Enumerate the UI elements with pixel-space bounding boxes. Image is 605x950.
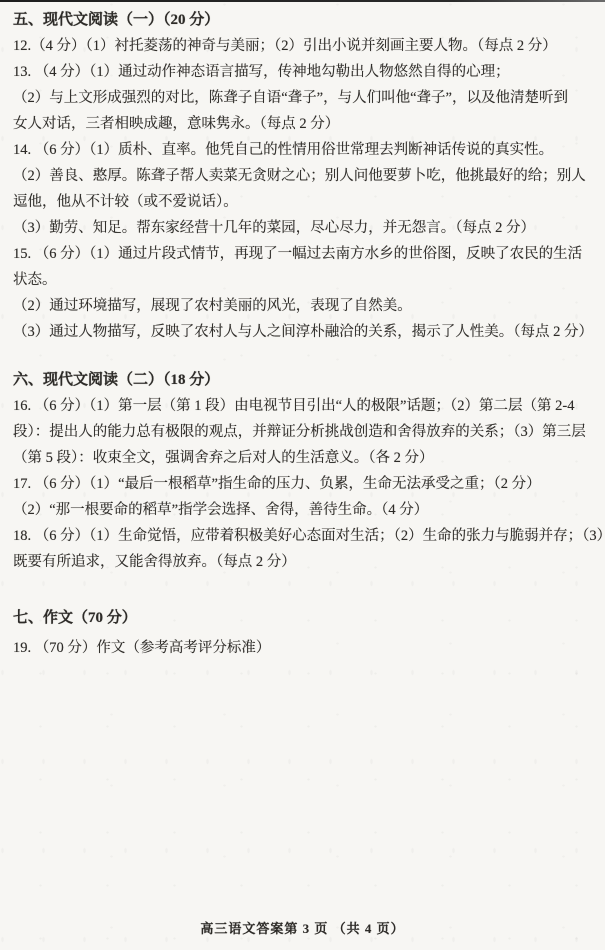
line-q12: 12.（4 分）（1）衬托菱荡的神奇与美丽；（2）引出小说并刻画主要人物。（每点… [13,33,595,59]
section-5-heading: 五、现代文阅读（一）（20 分） [13,7,595,33]
page-footer: 高三语文答案第 3 页 （共 4 页） [0,916,605,942]
line-q15-4: （3）通过人物描写，反映了农村人与人之间淳朴融洽的关系，揭示了人性美。（每点 2… [13,319,595,345]
line-q18-1: 18. （6 分）（1）生命觉悟，应带着积极美好心态面对生活；（2）生命的张力与… [13,523,595,549]
line-q15-2: 状态。 [13,267,595,293]
line-q16-3: （第 5 段）：收束全文，强调舍弃之后对人的生活意义。（各 2 分） [13,445,595,471]
line-q17-2: （2）“那一根要命的稻草”指学会选择、舍得，善待生命。（4 分） [13,497,595,523]
line-q14-4: （3）勤劳、知足。帮东家经营十几年的菜园，尽心尽力，并无怨言。（每点 2 分） [13,215,595,241]
line-q14-1: 14. （6 分）（1）质朴、直率。他凭自己的性情用俗世常理去判断神话传说的真实… [13,137,595,163]
section-6-heading: 六、现代文阅读（二）（18 分） [13,367,595,393]
section-modern-reading-2: 六、现代文阅读（二）（18 分） 16. （6 分）（1）第一层（第 1 段）由… [13,367,595,575]
line-q13-1: 13. （4 分）（1）通过动作神态语言描写，传神地勾勒出人物悠然自得的心理； [13,59,595,85]
scan-edge-artifact [0,0,605,2]
line-q16-2: 段）：提出人的能力总有极限的观点，并辩证分析挑战创造和舍得放弃的关系；（3）第三… [13,419,595,445]
line-q16-1: 16. （6 分）（1）第一层（第 1 段）由电视节目引出“人的极限”话题；（2… [13,393,595,419]
line-q18-2: 既要有所追求，又能舍得放弃。（每点 2 分） [13,549,595,575]
line-q13-3: 女人对话，三者相映成趣，意味隽永。（每点 2 分） [13,111,595,137]
section-modern-reading-1: 五、现代文阅读（一）（20 分） 12.（4 分）（1）衬托菱荡的神奇与美丽；（… [13,7,595,345]
answer-sheet-content: 五、现代文阅读（一）（20 分） 12.（4 分）（1）衬托菱荡的神奇与美丽；（… [13,7,595,661]
line-q15-3: （2）通过环境描写，展现了农村美丽的风光，表现了自然美。 [13,293,595,319]
section-composition: 七、作文（70 分） 19. （70 分）作文（参考高考评分标准） [13,605,595,661]
line-q14-2: （2）善良、憨厚。陈聋子帮人卖菜无贪财之心；别人问他要萝卜吃，他挑最好的给；别人 [13,163,595,189]
line-q14-3: 逗他，他从不计较（或不爱说话）。 [13,189,595,215]
scanned-answer-page: 五、现代文阅读（一）（20 分） 12.（4 分）（1）衬托菱荡的神奇与美丽；（… [0,0,605,950]
section-7-heading: 七、作文（70 分） [13,605,595,631]
line-q17-1: 17. （6 分）（1）“最后一根稻草”指生命的压力、负累，生命无法承受之重；（… [13,471,595,497]
line-q19: 19. （70 分）作文（参考高考评分标准） [13,635,595,661]
line-q13-2: （2）与上文形成强烈的对比，陈聋子自语“聋子”，与人们叫他“聋子”，以及他清楚听… [13,85,595,111]
line-q15-1: 15. （6 分）（1）通过片段式情节，再现了一幅过去南方水乡的世俗图，反映了农… [13,241,595,267]
